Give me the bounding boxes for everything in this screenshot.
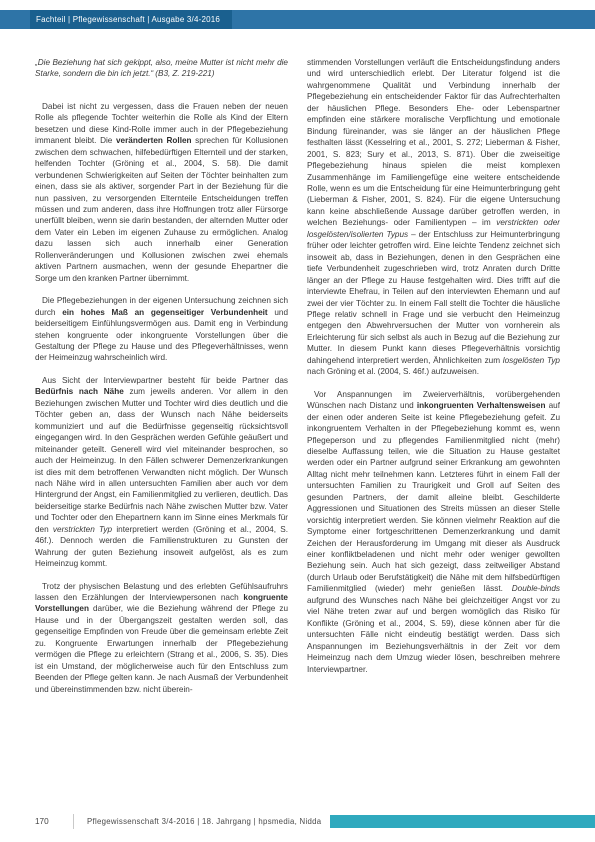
article-body: „Die Beziehung hat sich gekippt, also, m…	[35, 57, 560, 805]
header-bar: Fachteil | Pflegewissenschaft | Ausgabe …	[0, 10, 595, 29]
header-label-background: Fachteil | Pflegewissenschaft | Ausgabe …	[30, 10, 232, 29]
text-run: losgelösten Typ	[503, 356, 560, 365]
text-run: aufgrund des Wunsches nach Nähe bei glei…	[307, 596, 560, 674]
page-number: 170	[35, 817, 73, 826]
text-run: darüber, wie die Beziehung während der P…	[35, 604, 288, 693]
text-run: sprechen für Kollusionen zwischen dem sc…	[35, 136, 288, 282]
journal-info: Pflegewissenschaft 3/4-2016 | 18. Jahrga…	[87, 817, 321, 826]
text-run: Bedürfnis nach Nähe	[35, 387, 124, 396]
interview-quote: „Die Beziehung hat sich gekippt, also, m…	[35, 57, 288, 80]
paragraph: Aus Sicht der Interviewpartner besteht f…	[35, 375, 288, 570]
paragraph: Vor Anspannungen im Zweierverhältnis, vo…	[307, 389, 560, 675]
text-run: Double-binds	[512, 584, 560, 593]
header-label: Fachteil | Pflegewissenschaft | Ausgabe …	[36, 15, 220, 24]
paragraph: Die Pflegebeziehungen in der eigenen Unt…	[35, 295, 288, 364]
paragraph: stimmenden Vorstellungen verläuft die En…	[307, 57, 560, 378]
text-run: ein hohes Maß an gegenseitiger Verbunden…	[62, 308, 267, 317]
text-column-left: „Die Beziehung hat sich gekippt, also, m…	[35, 57, 288, 805]
text-column-right: stimmenden Vorstellungen verläuft die En…	[307, 57, 560, 805]
footer-accent-bar	[330, 815, 595, 828]
text-run: auf der einen oder anderen Seite ist kei…	[307, 401, 560, 593]
page-footer: 170 Pflegewissenschaft 3/4-2016 | 18. Ja…	[0, 813, 595, 829]
text-run: inkongruenten Verhaltensweisen	[417, 401, 546, 410]
text-run: verstrickten Typ	[53, 525, 112, 534]
text-run: nach Gröning et al. (2004, S. 46f.) aufz…	[307, 367, 479, 376]
paragraph: Dabei ist nicht zu vergessen, dass die F…	[35, 101, 288, 284]
text-run: „Die Beziehung hat sich gekippt, also, m…	[35, 58, 288, 78]
text-run: veränderten Rollen	[116, 136, 192, 145]
footer-divider	[73, 814, 74, 829]
text-run: zum jeweils anderen. Vor allem in den Be…	[35, 387, 288, 533]
text-run: Aus Sicht der Interviewpartner besteht f…	[42, 376, 288, 385]
text-run: stimmenden Vorstellungen verläuft die En…	[307, 58, 560, 227]
text-run: – der Entschluss zur Heimunterbringung f…	[307, 230, 560, 365]
paragraph: Trotz der physischen Belastung und des e…	[35, 581, 288, 696]
